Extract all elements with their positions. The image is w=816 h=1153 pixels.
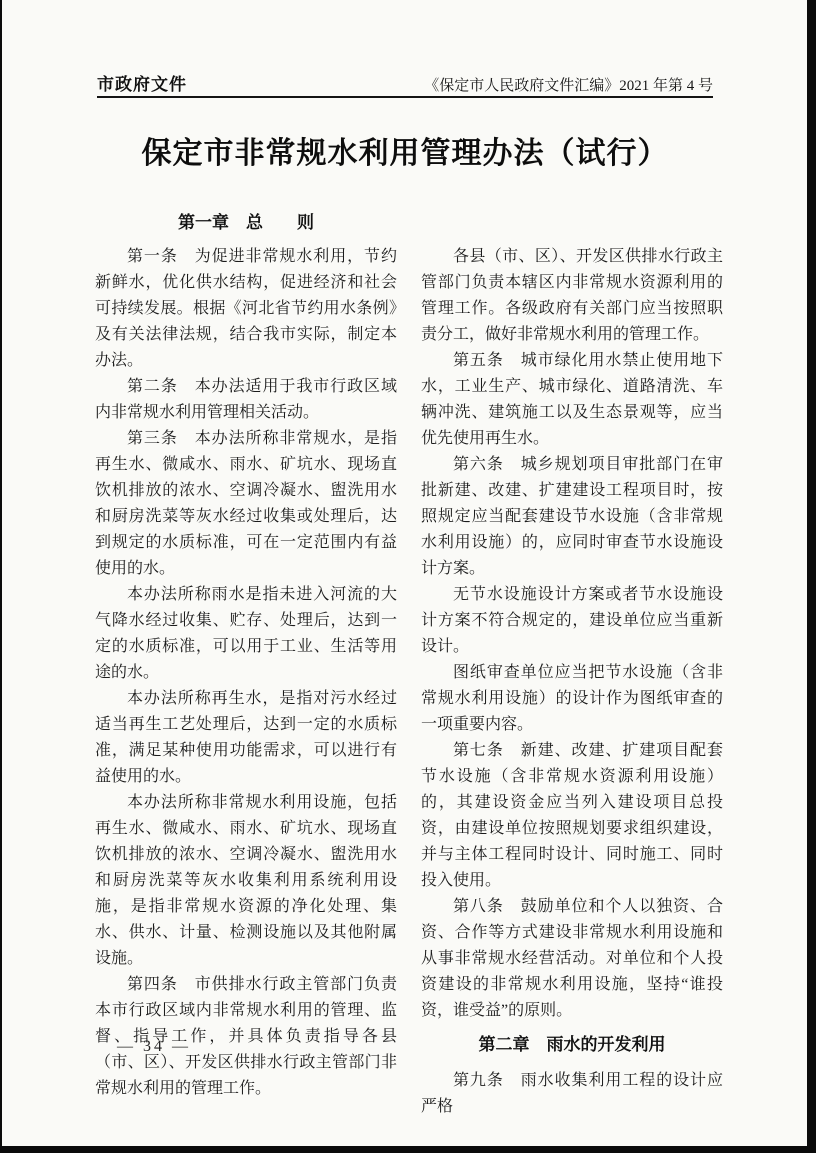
- left-column: 第一章 总 则 第一条 为促进非常规水利用，节约新鲜水，优化供水结构，促进经济和…: [95, 206, 397, 1120]
- scan-edge-left: [0, 0, 2, 1153]
- page-header: 市政府文件 《保定市人民政府文件汇编》2021 年第 4 号: [97, 70, 713, 95]
- document-page: 市政府文件 《保定市人民政府文件汇编》2021 年第 4 号 保定市非常规水利用…: [0, 0, 816, 1153]
- paragraph-article-4: 第四条 市供排水行政主管部门负责本市行政区域内非常规水利用的管理、监督、指导工作…: [95, 972, 397, 1102]
- scan-edge-bottom: [0, 1146, 816, 1153]
- chapter-1-heading: 第一章 总 则: [95, 210, 397, 236]
- paragraph-article-8: 第八条 鼓励单位和个人以独资、合资、合作等方式建设非常规水利用设施和从事非常规水…: [421, 894, 723, 1024]
- paragraph-article-7: 第七条 新建、改建、扩建项目配套节水设施（含非常规水资源利用设施）的，其建设资金…: [421, 738, 723, 894]
- paragraph-facilities-definition: 本办法所称非常规水利用设施，包括再生水、微咸水、雨水、矿坑水、现场直饮机排放的浓…: [95, 790, 397, 972]
- paragraph-article-6: 第六条 城乡规划项目审批部门在审批新建、改建、扩建建设工程项目时，按照规定应当配…: [421, 452, 723, 582]
- right-column: 各县（市、区）、开发区供排水行政主管部门负责本辖区内非常规水资源利用的管理工作。…: [421, 206, 723, 1120]
- paragraph-article-1: 第一条 为促进非常规水利用，节约新鲜水，优化供水结构，促进经济和社会可持续发展。…: [95, 244, 397, 374]
- paragraph-article-3: 第三条 本办法所称非常规水，是指再生水、微咸水、雨水、矿坑水、现场直饮机排放的浓…: [95, 426, 397, 582]
- document-title: 保定市非常规水利用管理办法（试行）: [60, 128, 750, 172]
- paragraph-article-5: 第五条 城市绿化用水禁止使用地下水，工业生产、城市绿化、道路清洗、车辆冲洗、建筑…: [421, 348, 723, 452]
- paragraph-redesign-rule: 无节水设施设计方案或者节水设施设计方案不符合规定的，建设单位应当重新设计。: [421, 582, 723, 660]
- page-number: — 34 —: [117, 1038, 191, 1056]
- header-rule: [97, 96, 713, 98]
- paragraph-reclaimed-water-definition: 本办法所称再生水，是指对污水经过适当再生工艺处理后，达到一定的水质标准，满足某种…: [95, 686, 397, 790]
- paragraph-county-duties: 各县（市、区）、开发区供排水行政主管部门负责本辖区内非常规水资源利用的管理工作。…: [421, 244, 723, 348]
- paragraph-rainwater-definition: 本办法所称雨水是指未进入河流的大气降水经过收集、贮存、处理后，达到一定的水质标准…: [95, 582, 397, 686]
- paragraph-article-2: 第二条 本办法适用于我市行政区域内非常规水利用管理相关活动。: [95, 374, 397, 426]
- header-doc-category: 市政府文件: [97, 70, 187, 95]
- paragraph-article-9: 第九条 雨水收集利用工程的设计应严格: [421, 1068, 723, 1120]
- header-compilation-ref: 《保定市人民政府文件汇编》2021 年第 4 号: [424, 74, 713, 95]
- paragraph-drawing-review: 图纸审查单位应当把节水设施（含非常规水利用设施）的设计作为图纸审查的一项重要内容…: [421, 660, 723, 738]
- scan-edge-right: [807, 0, 816, 1153]
- body-columns: 第一章 总 则 第一条 为促进非常规水利用，节约新鲜水，优化供水结构，促进经济和…: [95, 206, 723, 1120]
- chapter-2-heading: 第二章 雨水的开发利用: [421, 1032, 723, 1058]
